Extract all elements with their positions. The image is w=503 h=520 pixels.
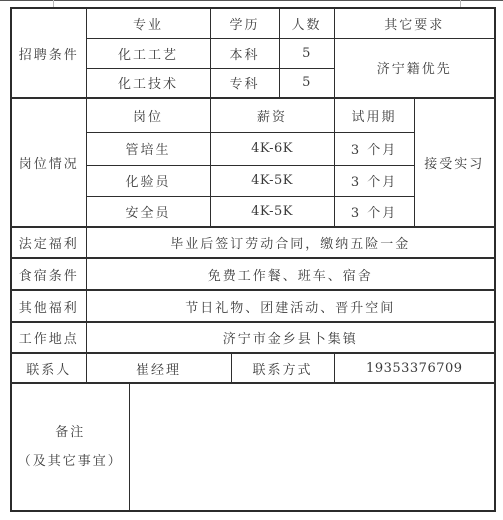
salary-header: 薪资 bbox=[210, 98, 334, 132]
salary-value: 4K-5K bbox=[210, 165, 334, 196]
contact-method-label: 联系方式 bbox=[231, 353, 334, 383]
legal-benefits-row: 法定福利 毕业后签订劳动合同，缴纳五险一金 bbox=[11, 227, 495, 258]
legal-benefits-value: 毕业后签订劳动合同，缴纳五险一金 bbox=[86, 227, 495, 258]
other-benefits-value: 节日礼物、团建活动、晋升空间 bbox=[86, 290, 495, 322]
recruit-section-label: 招聘条件 bbox=[11, 8, 86, 98]
salary-value: 4K-6K bbox=[210, 132, 334, 165]
probation-value: 3 个月 bbox=[334, 196, 414, 227]
contact-label: 联系人 bbox=[11, 353, 86, 383]
probation-header: 试用期 bbox=[334, 98, 414, 132]
contact-phone: 19353376709 bbox=[334, 353, 495, 383]
other-requirements-header: 其它要求 bbox=[334, 8, 495, 38]
board-lodging-label: 食宿条件 bbox=[11, 258, 86, 290]
work-location-value: 济宁市金乡县卜集镇 bbox=[86, 322, 495, 353]
remark-content bbox=[129, 383, 495, 511]
legal-benefits-label: 法定福利 bbox=[11, 227, 86, 258]
major-value: 化工技术 bbox=[86, 68, 210, 98]
major-header: 专业 bbox=[86, 8, 210, 38]
count-value: 5 bbox=[279, 68, 334, 98]
count-header: 人数 bbox=[279, 8, 334, 38]
post-value: 管培生 bbox=[86, 132, 210, 165]
board-lodging-value: 免费工作餐、班车、宿舍 bbox=[86, 258, 495, 290]
top-left-tick bbox=[53, 0, 54, 7]
education-value: 本科 bbox=[210, 38, 279, 68]
contact-row: 联系人 崔经理 联系方式 19353376709 bbox=[11, 353, 495, 383]
education-header: 学历 bbox=[210, 8, 279, 38]
probation-value: 3 个月 bbox=[334, 165, 414, 196]
recruitment-document-page: 招聘条件 专业 学历 人数 其它要求 化工工艺 本科 5 济宁籍优先 化工技术 … bbox=[0, 0, 503, 520]
remark-label-line1: 备注 bbox=[12, 426, 129, 439]
other-requirements-value: 济宁籍优先 bbox=[334, 38, 495, 98]
position-section-label: 岗位情况 bbox=[11, 98, 86, 227]
post-header: 岗位 bbox=[86, 98, 210, 132]
top-right-tick bbox=[460, 0, 461, 7]
major-value: 化工工艺 bbox=[86, 38, 210, 68]
other-benefits-row: 其他福利 节日礼物、团建活动、晋升空间 bbox=[11, 290, 495, 322]
other-benefits-label: 其他福利 bbox=[11, 290, 86, 322]
probation-value: 3 个月 bbox=[334, 132, 414, 165]
count-value: 5 bbox=[279, 38, 334, 68]
position-header-row: 岗位情况 岗位 薪资 试用期 接受实习 bbox=[11, 98, 495, 132]
post-value: 安全员 bbox=[86, 196, 210, 227]
remark-label-line2: （及其它事宜） bbox=[12, 455, 129, 468]
work-location-label: 工作地点 bbox=[11, 322, 86, 353]
accept-intern-note: 接受实习 bbox=[414, 98, 495, 227]
work-location-row: 工作地点 济宁市金乡县卜集镇 bbox=[11, 322, 495, 353]
salary-value: 4K-5K bbox=[210, 196, 334, 227]
remark-row: 备注 （及其它事宜） bbox=[11, 383, 495, 511]
top-crop-line bbox=[0, 0, 503, 1]
board-lodging-row: 食宿条件 免费工作餐、班车、宿舍 bbox=[11, 258, 495, 290]
remark-label: 备注 （及其它事宜） bbox=[11, 383, 129, 511]
contact-name: 崔经理 bbox=[86, 353, 231, 383]
recruitment-info-table: 招聘条件 专业 学历 人数 其它要求 化工工艺 本科 5 济宁籍优先 化工技术 … bbox=[10, 7, 496, 512]
recruit-header-row: 招聘条件 专业 学历 人数 其它要求 bbox=[11, 8, 495, 38]
post-value: 化验员 bbox=[86, 165, 210, 196]
education-value: 专科 bbox=[210, 68, 279, 98]
